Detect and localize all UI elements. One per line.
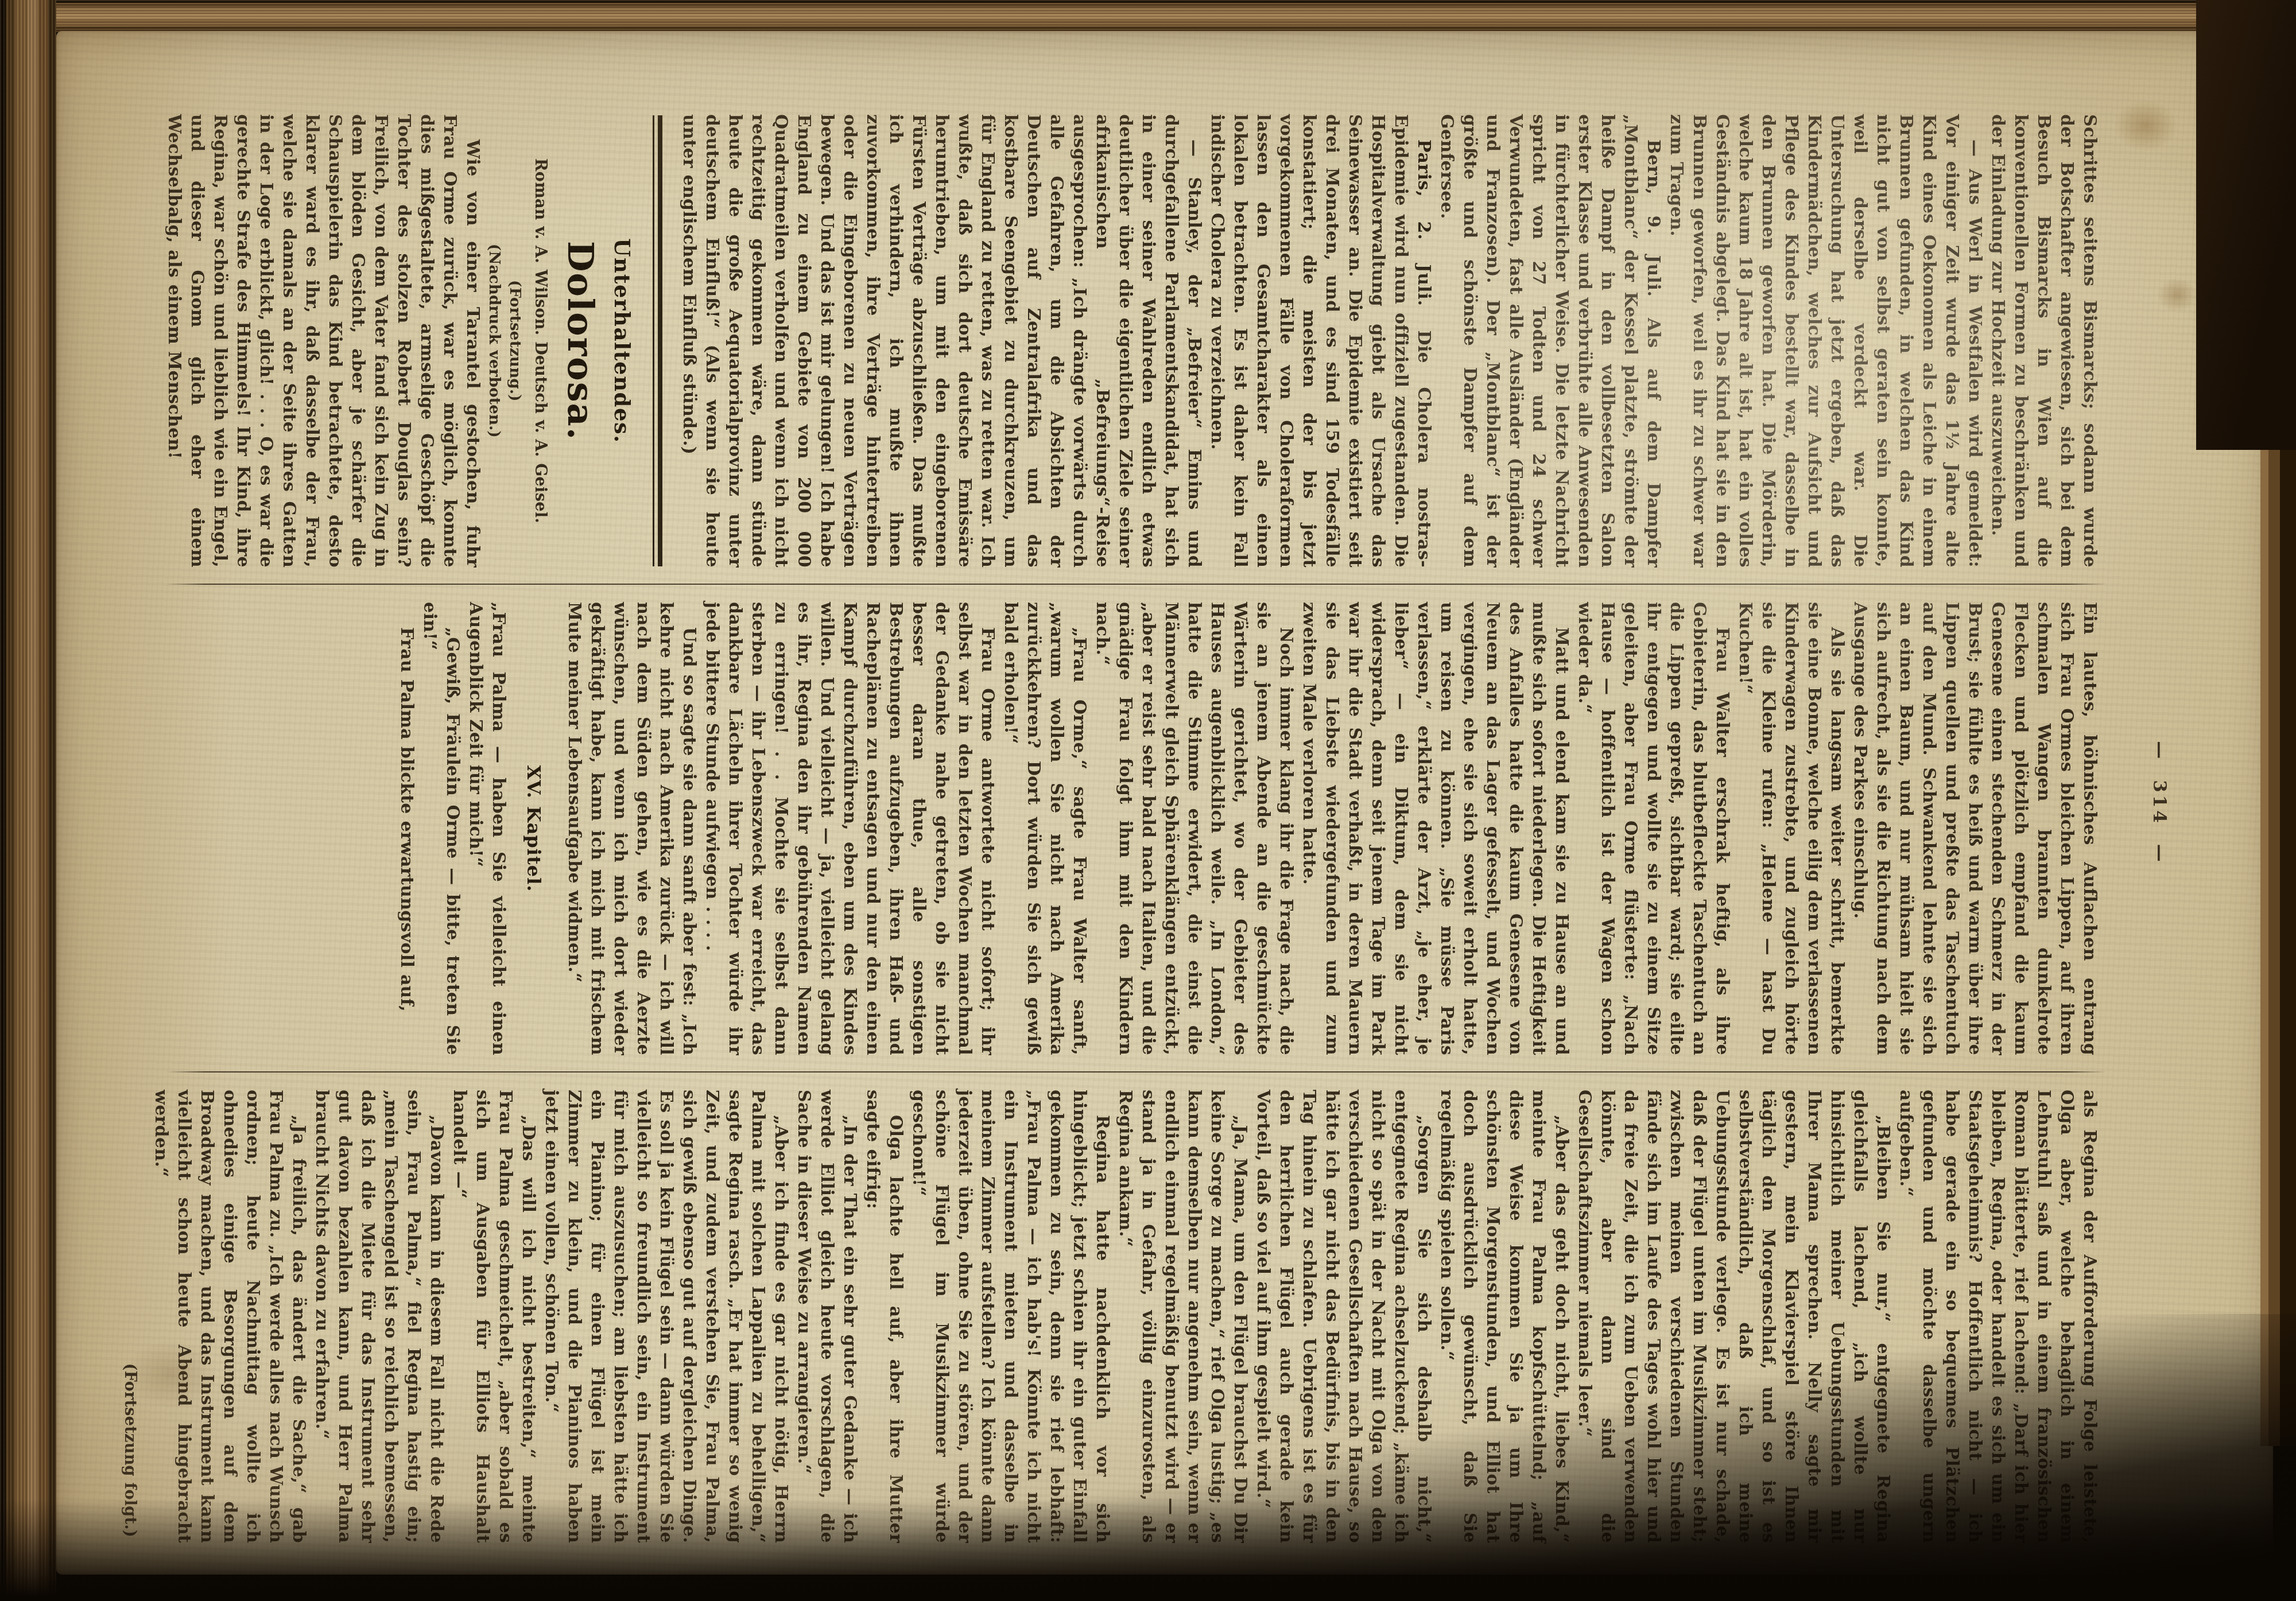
- novel-paragraph: „Gewiß, Fräulein Orme — bitte, treten Si…: [418, 602, 464, 1055]
- fortsetzung-folgt-note: (Fortsetzung folgt.): [118, 1090, 141, 1543]
- novel-byline: Roman v. A. Wilson. Deutsch v. A. Geisel…: [530, 114, 550, 568]
- news-item-bismarck: Schrittes seitens Bismarcks; sodann wurd…: [1986, 114, 2101, 568]
- news-item-stanley: — Stanley, der „Befreier“ Emins und durc…: [677, 114, 1205, 568]
- novel-paragraph: Und so sagte sie dann sanft aber fest: „…: [563, 602, 700, 1055]
- novel-paragraph: Frau Walter erschrak heftig, als ihre Ge…: [1573, 602, 1733, 1055]
- novel-paragraph: Frau Orme antwortete nicht sofort; ihr s…: [700, 602, 999, 1055]
- novel-paragraph: Wie von einer Tarantel gestochen, fuhr F…: [162, 114, 484, 568]
- novel-paragraph: Matt und elend kam sie zu Hause an und m…: [1297, 602, 1573, 1055]
- novel-paragraph: „Frau Orme,“ sagte Frau Walter sanft, „w…: [999, 602, 1091, 1055]
- news-item-paris: Paris, 2. Juli. Die Cholera nostras-Epid…: [1205, 114, 1435, 568]
- news-text: Als auf dem Dampfer „Montblanc“ der Kess…: [1437, 114, 1663, 568]
- page-stack-edge-left: [0, 0, 56, 1601]
- book-scan: — 314 — Schrittes seitens Bismarcks; sod…: [0, 0, 2296, 1601]
- novel-paragraph: Frau Palma blickte erwartungsvoll auf,: [395, 602, 418, 1055]
- book-corner-shadow: [2196, 0, 2296, 450]
- novel-paragraph: Als sie langsam weiter schritt, bemerkte…: [1733, 602, 1848, 1055]
- news-item-werl: — Aus Werl in Westfalen wird gemeldet: V…: [1665, 114, 1986, 568]
- fortsetzung-note: (Fortsetzung.): [505, 114, 525, 568]
- dateline: Paris, 2. Juli.: [1414, 139, 1434, 331]
- news-item-bern: Bern, 9. Juli. Als auf dem Dampfer „Mont…: [1435, 114, 1665, 568]
- nachdruck-note: (Nachdruck verboten.): [484, 114, 505, 568]
- news-text: Die Cholera nostras-Epidemie wird nun of…: [1207, 114, 1434, 568]
- novel-paragraph: „Das will ich nicht bestreiten,“ meinte …: [448, 1090, 540, 1543]
- novel-paragraph: „Frau Palma — haben Sie vielleicht einen…: [464, 602, 510, 1055]
- novel-paragraph: „Ja freilich, das ändert die Sache,“ gab…: [149, 1090, 310, 1543]
- novel-paragraph: „Davon kann in diesem Fall nicht die Red…: [310, 1090, 448, 1543]
- bottom-shadow: [0, 1499, 2296, 1601]
- novel-paragraph: Noch immer klang ihr die Frage nach, die…: [1091, 602, 1297, 1055]
- dateline: Bern, 9. Juli.: [1643, 139, 1663, 318]
- section-heading: Unterhaltendes.: [609, 114, 635, 568]
- column-1: Schrittes seitens Bismarcks; sodann wurd…: [143, 114, 2101, 568]
- chapter-heading: XV. Kapitel.: [522, 602, 545, 1055]
- novel-paragraph: Ein lautes, höhnisches Auflachen entrang…: [1848, 602, 2101, 1055]
- novel-title: Dolorosa.: [560, 114, 601, 568]
- feuilleton-rule: [653, 115, 662, 566]
- page-stack-edge-top: [0, 0, 2296, 32]
- column-2: Ein lautes, höhnisches Auflachen entrang…: [143, 602, 2101, 1055]
